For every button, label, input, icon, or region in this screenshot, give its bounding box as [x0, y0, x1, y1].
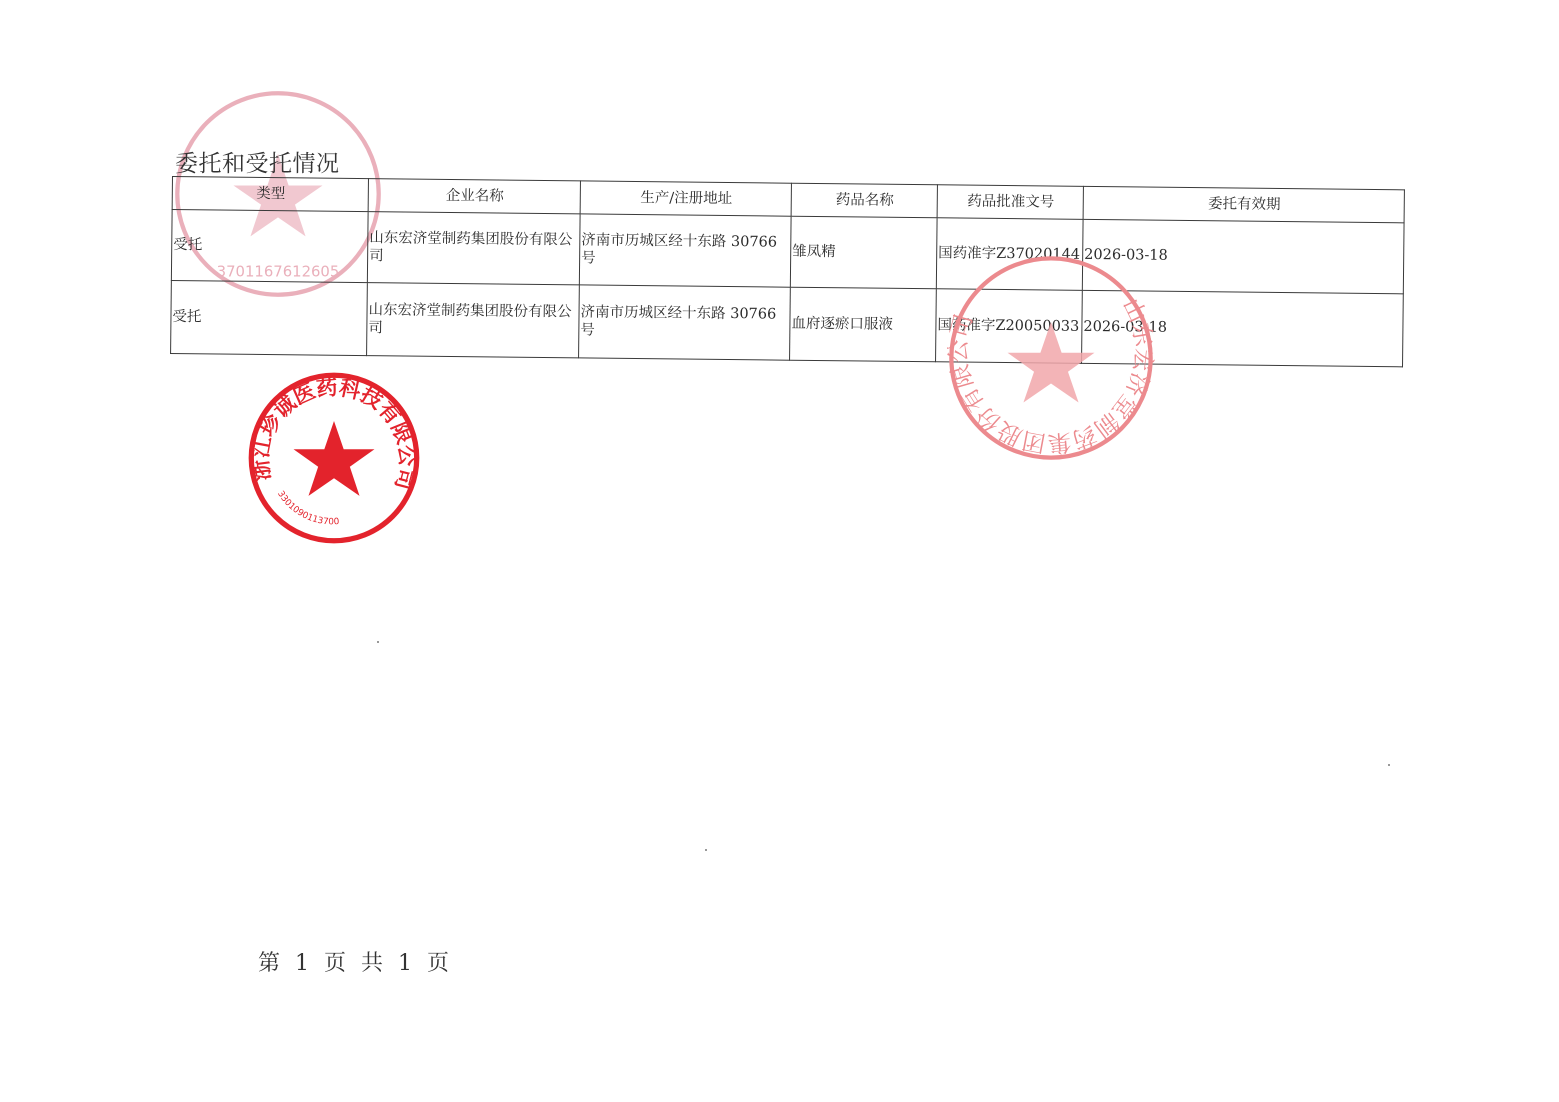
cell-type: 受托	[171, 280, 368, 355]
document-page: 3701167612605 委托和受托情况 类型 企业名称 生产/注册地址 药品…	[0, 0, 1559, 1102]
cell-approval-no: 国药准字Z20050033	[936, 289, 1083, 364]
header-type: 类型	[172, 177, 368, 212]
cell-address: 济南市历城区经十东路 30766号	[579, 285, 791, 360]
header-address: 生产/注册地址	[580, 181, 791, 216]
header-approval-no: 药品批准文号	[937, 185, 1083, 220]
header-valid-until: 委托有效期	[1083, 186, 1404, 222]
cell-company: 山东宏济堂制药集团股份有限公司	[367, 283, 580, 358]
cell-valid-until: 2026-03-18	[1082, 219, 1404, 293]
svg-text:浙江珍诚医药科技有限公司: 浙江珍诚医药科技有限公司	[247, 374, 420, 492]
scan-speck	[705, 849, 707, 851]
svg-text:3301090113700: 3301090113700	[275, 489, 340, 527]
cell-type: 受托	[171, 210, 368, 283]
delegation-table: 类型 企业名称 生产/注册地址 药品名称 药品批准文号 委托有效期 受托 山东宏…	[170, 176, 1404, 367]
header-drug-name: 药品名称	[791, 183, 937, 218]
scan-speck	[377, 641, 379, 643]
scan-speck	[1388, 764, 1390, 766]
section-title: 委托和受托情况	[175, 145, 340, 178]
cell-drug-name: 雏凤精	[790, 216, 937, 289]
cell-company: 山东宏济堂制药集团股份有限公司	[367, 212, 580, 285]
cell-approval-no: 国药准字Z37020144	[936, 218, 1083, 291]
cell-valid-until: 2026-03-18	[1082, 290, 1404, 366]
cell-drug-name: 血府逐瘀口服液	[790, 287, 937, 362]
table-row: 受托 山东宏济堂制药集团股份有限公司 济南市历城区经十东路 30766号 雏凤精…	[171, 210, 1404, 294]
header-company: 企业名称	[368, 179, 580, 214]
cell-address: 济南市历城区经十东路 30766号	[579, 214, 791, 287]
table-row: 受托 山东宏济堂制药集团股份有限公司 济南市历城区经十东路 30766号 血府逐…	[171, 280, 1404, 366]
red-stamp-center-left: 浙江珍诚医药科技有限公司 3301090113700	[245, 370, 423, 546]
stamp-seal-icon: 浙江珍诚医药科技有限公司 3301090113700	[245, 370, 423, 546]
page-footer: 第 1 页 共 1 页	[258, 946, 450, 977]
